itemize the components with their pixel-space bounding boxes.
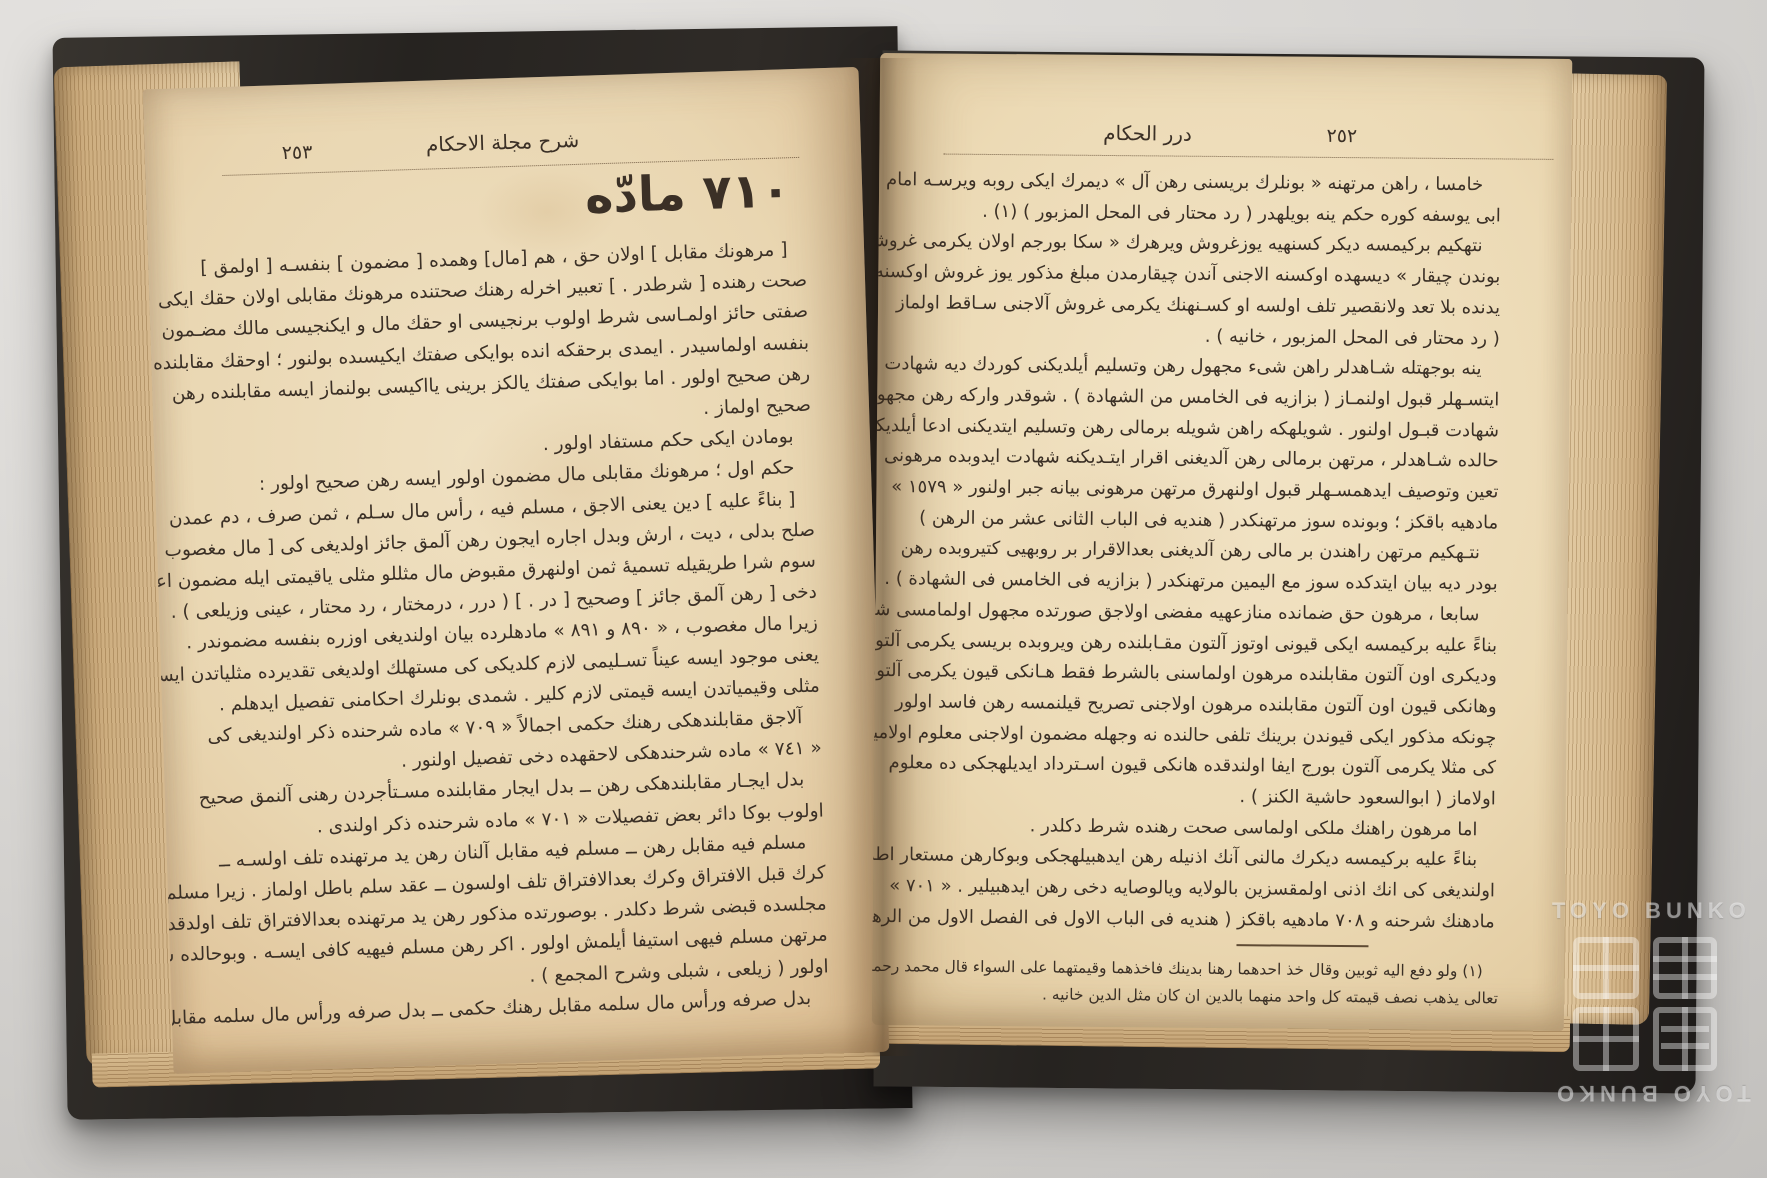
text-line: شهادت قبـول اولنور . شويلهكه راهن شويله … — [937, 411, 1499, 447]
right-header-rule — [943, 154, 1553, 160]
text-line: بناءً عليه بركيمسه ايكى قيونى اوتوز آلتو… — [935, 626, 1497, 662]
text-line: چونكه مذكور ايكى قيوندن برينك تلفى حالند… — [934, 718, 1496, 754]
right-page: ٢٥٢ درر الحكام خامسا ، راهن مرتهنه « بون… — [872, 53, 1572, 1031]
article-heading: ٧١٠ مادّه — [584, 166, 791, 220]
text-line: تعين وتوصيف ايدهمسـهلر قبول اولنهرق مرته… — [936, 473, 1498, 509]
text-line: اولنديغى كى انك اذنى اولمقسزين بالولايه … — [933, 872, 1495, 908]
text-line: (١) ولو دفع اليه ثوبين وقال خذ احدهما ره… — [928, 953, 1498, 985]
text-line: ينه بوجهتله شـاهدلر راهن شىء مجهول رهن و… — [937, 350, 1499, 386]
text-line: يدنده بلا تعد ولانقصير تلف اولسه او كسـن… — [938, 288, 1500, 324]
text-line: وهانكى قيون اون آلتون مقابلنده مرهون اول… — [934, 687, 1496, 723]
text-line: اولاماز ( ابوالسعود حاشية الكنز ) . — [934, 780, 1496, 816]
left-page: ٢٥٣ شرح مجلة الاحكام ٧١٠ مادّه [ مرهونك … — [143, 67, 890, 1074]
text-line: سابعا ، مرهون حق ضمانده منازعهيه مفضى او… — [935, 595, 1497, 631]
right-page-number: ٢٥٢ — [1326, 125, 1357, 147]
text-line: مادهيه باقكز ؛ وبونده سوز مرتهنكدر ( هند… — [936, 503, 1498, 539]
photo-scene: ٢٥٣ شرح مجلة الاحكام ٧١٠ مادّه [ مرهونك … — [0, 0, 1767, 1178]
text-line: بوندن چيقار » ديسهده اوكسنه الاجنى آندن … — [938, 258, 1500, 294]
footnote-rule — [1236, 944, 1368, 947]
text-line: حالده شـاهدلر ، مرتهن برمالى رهن آلديغنى… — [937, 442, 1499, 478]
text-line: وديكرى اون آلتون مقابلنده مرهون اولماسنى… — [935, 657, 1497, 693]
footnote-text: (١) ولو دفع اليه ثوبين وقال خذ احدهما ره… — [928, 953, 1498, 1012]
text-line: اما مرهون راهنك ملكى اولماسى صحت رهنده ش… — [933, 810, 1495, 846]
text-line: ابى يوسفه كوره حكم ينه بويلهدر ( رد محتا… — [939, 196, 1501, 232]
text-line: كى مثلا يكرمى آلتون بورج ايفا اولندقده ه… — [934, 749, 1496, 785]
text-line: نتهكيم بركيمسه ديكر كسنهيه يوزغروش ويرهر… — [938, 227, 1500, 263]
text-line: نتـهكيم مرتهن راهندن بر مالى رهن آلديغنى… — [936, 534, 1498, 570]
text-line: بناءً عليه بركيمسه ديكرك مالنى آنك اذنيل… — [933, 841, 1495, 877]
left-page-text: [ مرهونك مقابل ] اولان حق ، هم [مال] وهم… — [200, 234, 830, 1033]
right-running-title: درر الحكام — [1047, 120, 1247, 146]
text-line: مادهنك شرحنه و ٧٠٨ مادهيه باقكز ( هنديه … — [933, 902, 1495, 938]
text-line: تعالى يذهب نصف قيمته كل واحد منهما بالدي… — [928, 980, 1498, 1012]
right-page-text: خامسا ، راهن مرتهنه « بونلرك بريسنى رهن … — [933, 166, 1502, 938]
text-line: ( رد محتار فى المحل المزبور ، خانيه ) . — [938, 319, 1500, 355]
text-line: بودر ديه بيان ايتدكده سوز مع اليمين مرته… — [936, 565, 1498, 601]
text-line: خامسا ، راهن مرتهنه « بونلرك بريسنى رهن … — [939, 166, 1501, 202]
text-line: ايتسـهلر قبول اولنمـاز ( بزازيه فى الخام… — [937, 380, 1499, 416]
